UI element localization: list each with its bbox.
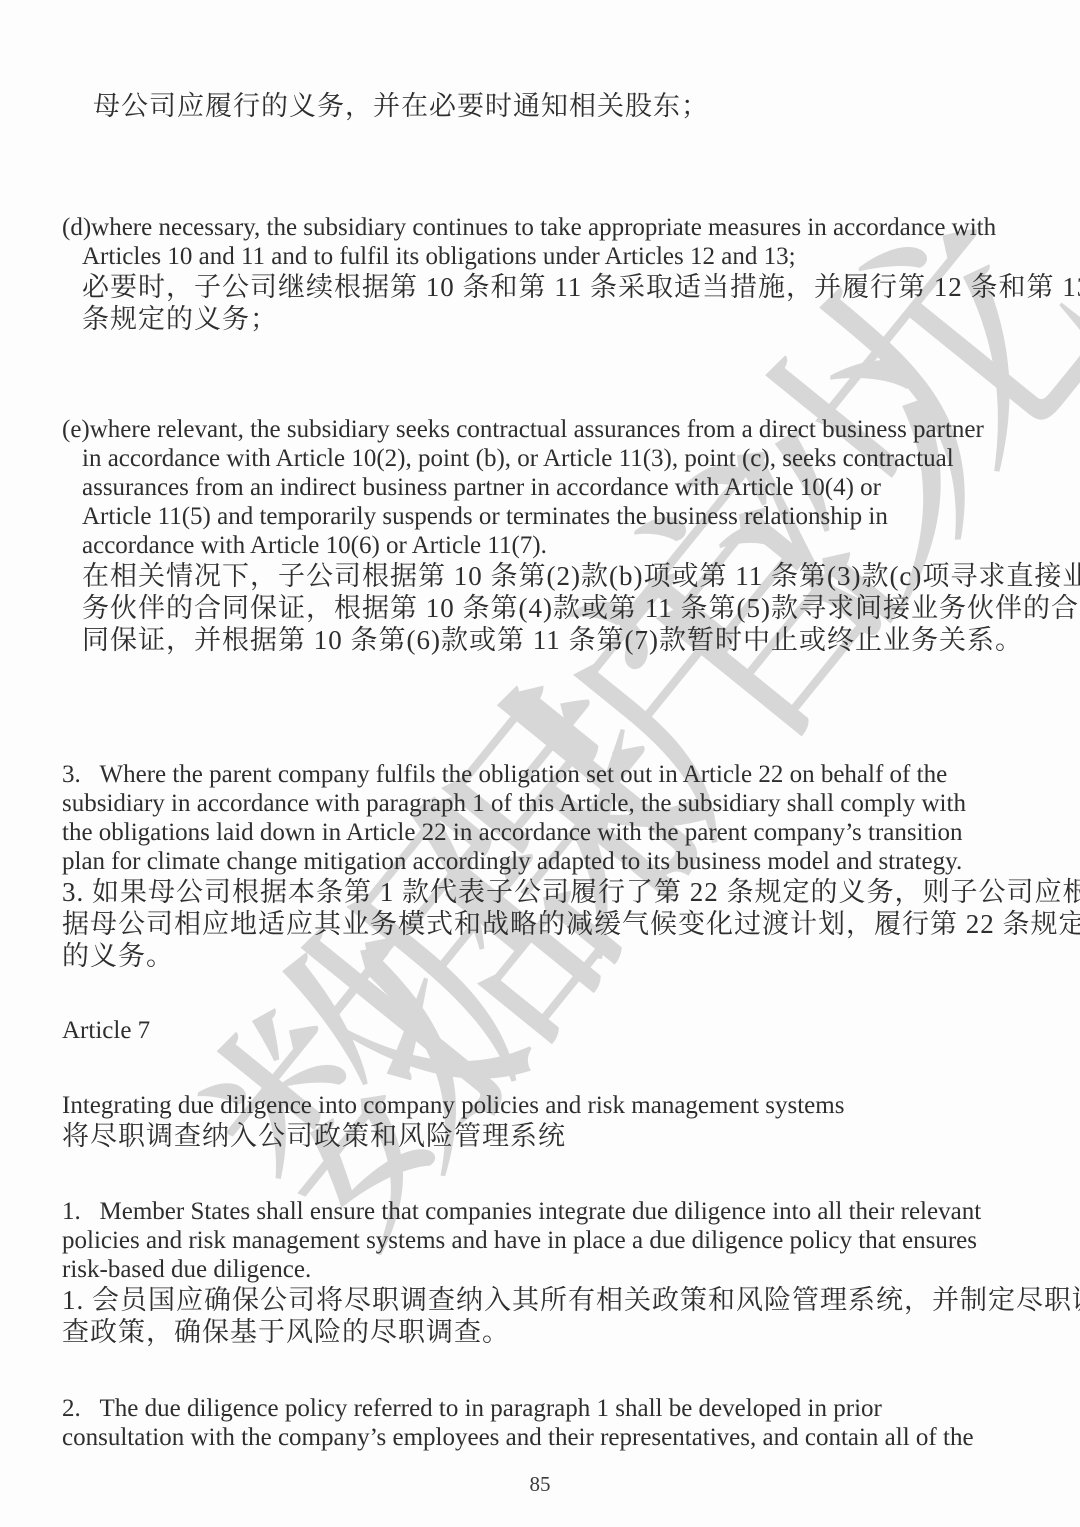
text-line: 3. 如果母公司根据本条第 1 款代表子公司履行了第 22 条规定的义务，则子公… xyxy=(62,876,1002,908)
text-line: 据母公司相应地适应其业务模式和战略的减缓气候变化过渡计划，履行第 22 条规定 xyxy=(62,908,1002,940)
text-line: consultation with the company’s employee… xyxy=(62,1423,1002,1452)
text-line: the obligations laid down in Article 22 … xyxy=(62,818,1002,847)
text-line: 将尽职调查纳入公司政策和风险管理系统 xyxy=(62,1120,1002,1152)
paragraph-2: 2. The due diligence policy referred to … xyxy=(62,1394,1002,1452)
text-line: 1. 会员国应确保公司将尽职调查纳入其所有相关政策和风险管理系统，并制定尽职调 xyxy=(62,1284,1002,1316)
text-line: (e)where relevant, the subsidiary seeks … xyxy=(62,415,1002,444)
text-line: risk-based due diligence. xyxy=(62,1255,1002,1284)
text-line: 母公司应履行的义务，并在必要时通知相关股东； xyxy=(93,90,1002,122)
text-line: 查政策，确保基于风险的尽职调查。 xyxy=(62,1316,1002,1348)
text-line: policies and risk management systems and… xyxy=(62,1226,1002,1255)
text-line: 必要时，子公司继续根据第 10 条和第 11 条采取适当措施，并履行第 12 条… xyxy=(82,271,1002,303)
list-item-d: (d)where necessary, the subsidiary conti… xyxy=(62,213,1002,335)
text-line: assurances from an indirect business par… xyxy=(82,473,1002,502)
article-7-label: Article 7 xyxy=(62,1016,1002,1045)
text-line: subsidiary in accordance with paragraph … xyxy=(62,789,1002,818)
paragraph-3: 3. Where the parent company fulfils the … xyxy=(62,760,1002,972)
text-line: 同保证，并根据第 10 条第(6)款或第 11 条第(7)款暂时中止或终止业务关… xyxy=(82,624,1002,656)
text-line: plan for climate change mitigation accor… xyxy=(62,847,1002,876)
text-line: Integrating due diligence into company p… xyxy=(62,1091,1002,1120)
text-line: 的义务。 xyxy=(62,940,1002,972)
text-line: 务伙伴的合同保证，根据第 10 条第(4)款或第 11 条第(5)款寻求间接业务… xyxy=(82,592,1002,624)
text-line: 在相关情况下，子公司根据第 10 条第(2)款(b)项或第 11 条第(3)款(… xyxy=(82,560,1002,592)
text-line: Articles 10 and 11 and to fulfil its obl… xyxy=(82,242,1002,271)
text-line: (d)where necessary, the subsidiary conti… xyxy=(62,213,1002,242)
article-7-title: Integrating due diligence into company p… xyxy=(62,1091,1002,1152)
text-line: 2. The due diligence policy referred to … xyxy=(62,1394,1002,1423)
text-line: 3. Where the parent company fulfils the … xyxy=(62,760,1002,789)
item-c-continuation: 母公司应履行的义务，并在必要时通知相关股东； xyxy=(62,90,1002,122)
list-item-e: (e)where relevant, the subsidiary seeks … xyxy=(62,415,1002,656)
text-line: 1. Member States shall ensure that compa… xyxy=(62,1197,1002,1226)
document-page: 数据保护官沙龙 母公司应履行的义务，并在必要时通知相关股东； (d)where … xyxy=(0,0,1080,1527)
text-line: Article 11(5) and temporarily suspends o… xyxy=(82,502,1002,531)
text-line: 条规定的义务； xyxy=(82,303,1002,335)
paragraph-1: 1. Member States shall ensure that compa… xyxy=(62,1197,1002,1348)
text-line: in accordance with Article 10(2), point … xyxy=(82,444,1002,473)
page-number: 85 xyxy=(0,1472,1080,1497)
page-content: 母公司应履行的义务，并在必要时通知相关股东； (d)where necessar… xyxy=(0,0,1080,1527)
text-line: Article 7 xyxy=(62,1016,1002,1045)
text-line: accordance with Article 10(6) or Article… xyxy=(82,531,1002,560)
